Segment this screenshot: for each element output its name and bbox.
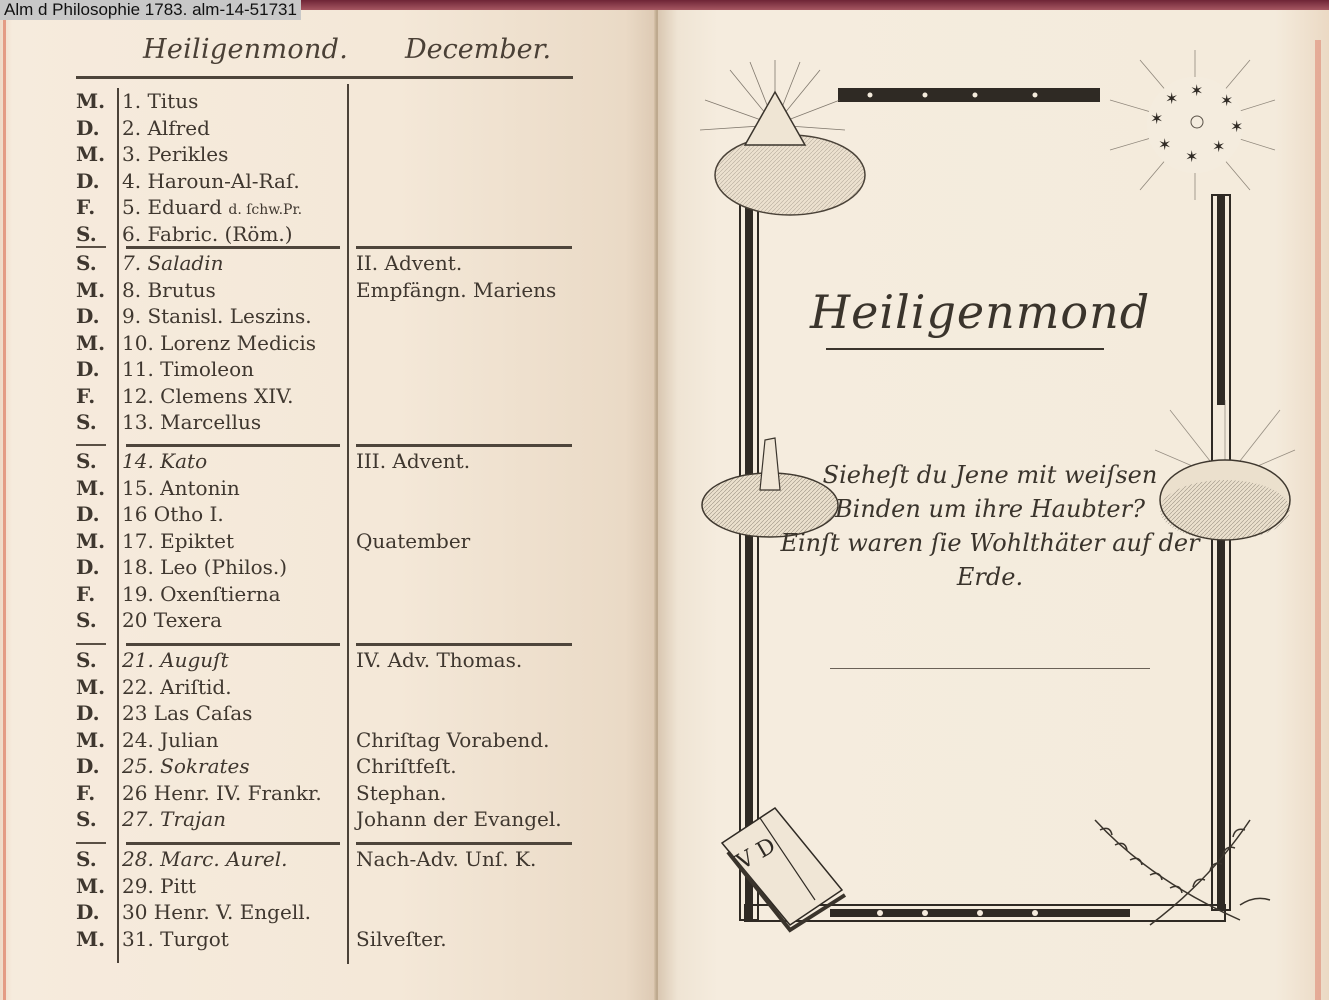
svg-text:✶: ✶ bbox=[1165, 89, 1178, 108]
verse-line: Erde. bbox=[760, 560, 1220, 594]
verse-line: Einſt waren ſie Wohlthäter auf der bbox=[760, 526, 1220, 560]
svg-text:✶: ✶ bbox=[1150, 109, 1163, 128]
image-caption: Alm d Philosophie 1783. alm-14-51731 bbox=[0, 0, 301, 20]
svg-text:✶: ✶ bbox=[1212, 137, 1225, 156]
svg-text:✶: ✶ bbox=[1158, 135, 1171, 154]
seven-stars-icon: ✶ ✶ ✶ ✶ ✶ ✶ ✶ ✶ bbox=[1110, 50, 1275, 200]
svg-text:✶: ✶ bbox=[1220, 91, 1233, 110]
verse-block: Sieheſt du Jene mit weiſsen Binden um ih… bbox=[760, 458, 1220, 594]
title-underline bbox=[826, 348, 1104, 350]
eye-of-providence-icon bbox=[700, 60, 865, 215]
svg-text:✶: ✶ bbox=[1185, 147, 1198, 166]
almanac-spread: Alm d Philosophie 1783. alm-14-51731 Hei… bbox=[0, 0, 1329, 1000]
verse-line: Sieheſt du Jene mit weiſsen bbox=[760, 458, 1220, 492]
verse-line: Binden um ihre Haubter? bbox=[760, 492, 1220, 526]
svg-text:✶: ✶ bbox=[1190, 81, 1203, 100]
svg-text:✶: ✶ bbox=[1230, 117, 1243, 136]
blank-writing-line bbox=[830, 668, 1150, 669]
engraved-title: Heiligenmond bbox=[810, 285, 1150, 339]
